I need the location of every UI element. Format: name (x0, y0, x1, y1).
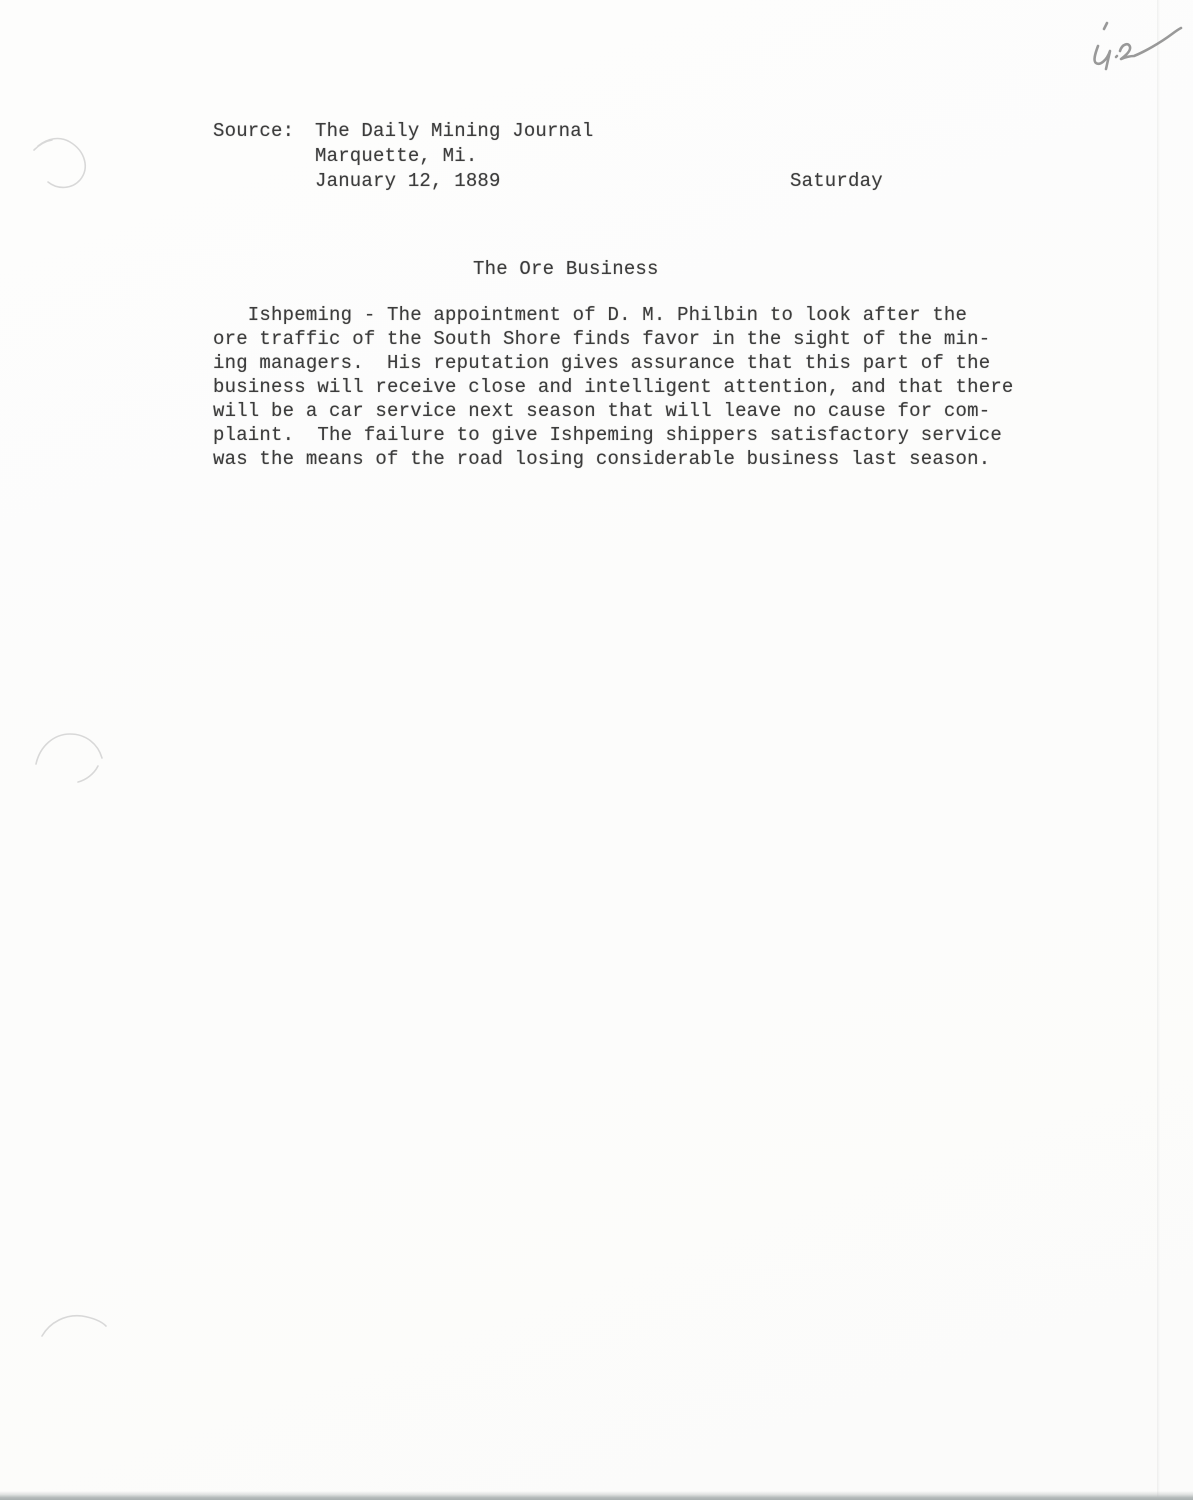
article-line: ing managers. His reputation gives assur… (213, 351, 1014, 375)
article-line: will be a car service next season that w… (213, 399, 1014, 423)
paper-impression-arc-top (30, 128, 120, 208)
source-weekday: Saturday (790, 169, 883, 194)
article-line: Ishpeming - The appointment of D. M. Phi… (213, 303, 1014, 327)
source-date: January 12, 1889 (315, 169, 501, 194)
article-line: plaint. The failure to give Ishpeming sh… (213, 423, 1014, 447)
paper-fold-line (1157, 0, 1160, 1500)
paper-impression-arc-bottom (36, 1296, 126, 1376)
article-line: business will receive close and intellig… (213, 375, 1014, 399)
paper-impression-arc-middle (28, 718, 118, 798)
article-title: The Ore Business (473, 257, 659, 281)
scan-bottom-edge (0, 1491, 1193, 1500)
source-location: Marquette, Mi. (315, 144, 477, 169)
document-page: Source: The Daily Mining Journal Marquet… (0, 0, 1193, 1500)
article-line: ore traffic of the South Shore finds fav… (213, 327, 1014, 351)
handwritten-page-number (1082, 16, 1192, 88)
article-line: was the means of the road losing conside… (213, 447, 1014, 471)
article-body: Ishpeming - The appointment of D. M. Phi… (213, 303, 1014, 471)
source-publication: The Daily Mining Journal (315, 119, 593, 144)
source-label: Source: (213, 119, 294, 144)
